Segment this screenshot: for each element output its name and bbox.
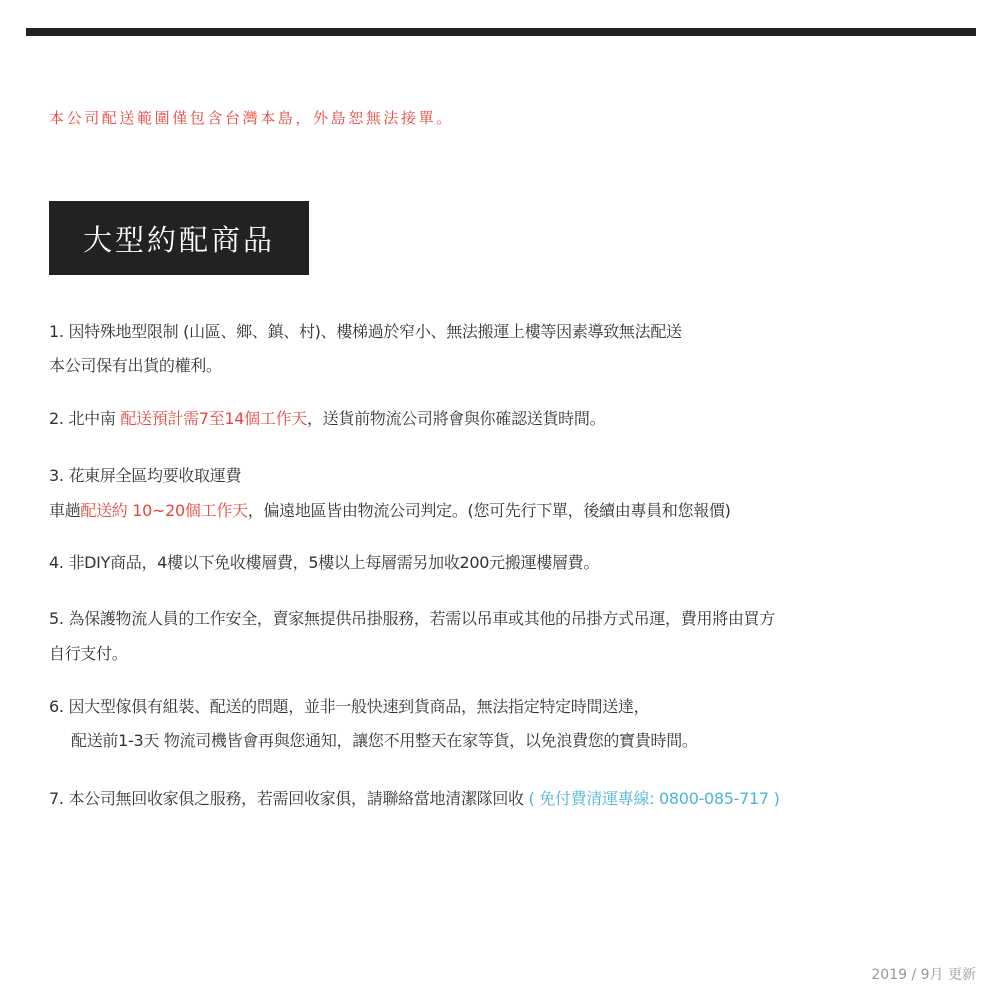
item-7: 7. 本公司無回收家俱之服務，若需回收家俱，請聯絡當地清潔隊回收 ( 免付費清運…: [49, 788, 780, 810]
section-title-box: 大型約配商品: [49, 201, 309, 275]
item-5-line-2: 自行支付。: [49, 643, 128, 665]
item-7-text: 7. 本公司無回收家俱之服務，若需回收家俱，請聯絡當地清潔隊回收: [49, 789, 529, 808]
item-3-line-2: 車趟配送約 10~20個工作天，偏遠地區皆由物流公司判定。(您可先行下單，後續由…: [49, 500, 731, 522]
item-3-line-1: 3. 花東屏全區均要收取運費: [49, 465, 241, 487]
item-2-highlight: 配送預計需7至14個工作天: [120, 409, 307, 428]
item-1-line-1: 1. 因特殊地型限制 (山區、鄉、鎮、村)、樓梯過於窄小、無法搬運上樓等因素導致…: [49, 321, 682, 343]
item-4-line-1: 4. 非DIY商品，4樓以下免收樓層費，5樓以上每層需另加收200元搬運樓層費。: [49, 552, 599, 574]
item-2: 2. 北中南 配送預計需7至14個工作天，送貨前物流公司將會與你確認送貨時間。: [49, 408, 605, 430]
delivery-area-notice: 本公司配送範圍僅包含台灣本島，外島恕無法接單。: [49, 107, 454, 128]
section-title: 大型約配商品: [83, 218, 275, 259]
update-date: 2019 / 9月 更新: [871, 964, 976, 984]
item-2-suffix: ，送貨前物流公司將會與你確認送貨時間。: [307, 409, 605, 428]
item-2-prefix: 2. 北中南: [49, 409, 120, 428]
item-1-line-2: 本公司保有出貨的權利。: [49, 355, 222, 377]
item-5-line-1: 5. 為保護物流人員的工作安全，賣家無提供吊掛服務，若需以吊車或其他的吊掛方式吊…: [49, 608, 775, 630]
item-3-prefix: 車趟: [49, 501, 80, 520]
item-3-highlight: 配送約 10~20個工作天: [80, 501, 247, 520]
item-6-line-2: 配送前1-3天 物流司機皆會再與您通知，讓您不用整天在家等貨，以免浪費您的寶貴時…: [71, 730, 698, 752]
top-divider-bar: [26, 28, 976, 36]
item-3-suffix: ，偏遠地區皆由物流公司判定。(您可先行下單，後續由專員和您報價): [248, 501, 731, 520]
item-6-line-1: 6. 因大型傢俱有組裝、配送的問題，並非一般快速到貨商品，無法指定特定時間送達，: [49, 696, 649, 718]
cleanup-hotline: ( 免付費清運專線: 0800-085-717 ): [529, 789, 780, 808]
